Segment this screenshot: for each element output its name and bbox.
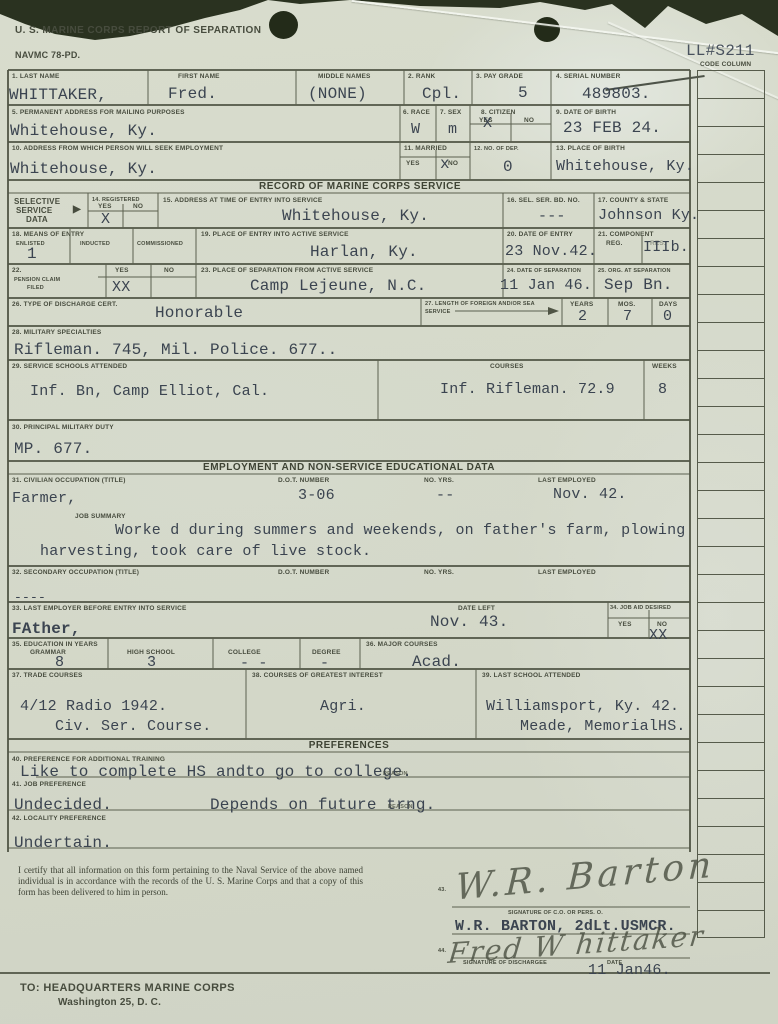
code-column [697, 70, 765, 938]
certification-text: I certify that all information on this f… [18, 865, 363, 898]
perm-address-label: 5. PERMANENT ADDRESS FOR MAILING PURPOSE… [12, 109, 185, 116]
selective-line3: DATA [26, 215, 48, 224]
specialties-value: Rifleman. 745, Mil. Police. 677.. [14, 341, 337, 359]
foreign-years-value: 2 [578, 308, 587, 325]
section-title-employment: EMPLOYMENT AND NON-SERVICE EDUCATIONAL D… [203, 462, 495, 473]
registered-no-label: NO [133, 203, 143, 210]
discharge-label: 26. TYPE OF DISCHARGE CERT. [12, 301, 117, 308]
pension-mark: XX [112, 279, 130, 296]
job-pref-label: 41. JOB PREFERENCE [12, 781, 86, 788]
schools-label: 29. SERVICE SCHOOLS ATTENDED [12, 363, 127, 370]
major-courses-value: Acad. [412, 653, 461, 671]
locality-pref-value: Undertain. [14, 834, 112, 852]
occupation2-value: ---- [14, 590, 46, 605]
courses-label: COURSES [490, 363, 524, 370]
last-employed2-label: LAST EMPLOYED [538, 569, 596, 576]
birthplace-label: 13. PLACE OF BIRTH [556, 145, 625, 152]
last-employer-value: FAther, [12, 620, 81, 638]
sep-place-value: Camp Lejeune, N.C. [250, 277, 426, 295]
dot-number-value: 3-06 [298, 487, 335, 504]
selective-line1: SELECTIVE [14, 197, 60, 206]
job-reason-label: REASON [388, 804, 413, 810]
entry-place-label: 19. PLACE OF ENTRY INTO ACTIVE SERVICE [201, 231, 349, 238]
edu-highschool-value: 3 [147, 654, 156, 671]
component-reg-label: REG. [606, 240, 623, 247]
dob-value: 23 FEB 24. [563, 119, 661, 137]
married-mark: x [440, 155, 450, 173]
training-pref-label: 40. PREFERENCE FOR ADDITIONAL TRAINING [12, 756, 165, 763]
emp-address-value: Whitehouse, Ky. [10, 160, 157, 178]
job-summary-line2: harvesting, took care of live stock. [40, 543, 371, 560]
entry-address-value: Whitehouse, Ky. [282, 207, 429, 225]
footer-city: Washington 25, D. C. [58, 997, 161, 1008]
last-name-value: WHITTAKER, [9, 86, 107, 104]
job-summary-line1: Worke d during summers and weekends, on … [115, 522, 686, 539]
section-title-service: RECORD OF MARINE CORPS SERVICE [259, 181, 461, 192]
last-employed-label: LAST EMPLOYED [538, 477, 596, 484]
last-employed-value: Nov. 42. [553, 486, 627, 503]
signature-43-number: 43. [438, 887, 446, 893]
weeks-label: WEEKS [652, 363, 677, 370]
perm-address-value: Whitehouse, Ky. [10, 122, 157, 140]
trade-courses-label: 37. TRADE COURSES [12, 672, 83, 679]
dep-label: 12. NO. OF DEP. [474, 146, 519, 152]
signature-date-value: 11 Jan46. [588, 962, 671, 979]
signature-44-number: 44. [438, 948, 446, 954]
footer-to: TO: HEADQUARTERS MARINE CORPS [20, 982, 235, 994]
means-inducted-label: INDUCTED [80, 241, 110, 247]
emp-address-label: 10. ADDRESS FROM WHICH PERSON WILL SEEK … [12, 145, 223, 152]
sep-org-value: Sep Bn. [604, 276, 673, 294]
citizen-no-label: NO [524, 117, 534, 124]
board-no-value: --- [538, 208, 566, 225]
section-title-preferences: PREFERENCES [309, 740, 390, 751]
component-value: IIIb. [643, 239, 689, 256]
birthplace-value: Whitehouse, Ky. [556, 158, 694, 175]
board-no-label: 16. SEL. SER. BD. NO. [507, 197, 580, 204]
foreign-days-label: DAYS [659, 301, 677, 308]
first-name-value: Fred. [168, 85, 217, 103]
rank-value: Cpl. [422, 85, 461, 103]
last-employer-label: 33. LAST EMPLOYER BEFORE ENTRY INTO SERV… [12, 605, 187, 612]
arrow-right-icon: ▶ [73, 204, 81, 215]
major-courses-label: 36. MAJOR COURSES [366, 641, 438, 648]
serial-label: 4. SERIAL NUMBER [556, 73, 620, 80]
courses-value: Inf. Rifleman. 72.9 [440, 381, 615, 398]
job-aid-label: 34. JOB AID DESIRED [610, 605, 671, 611]
co-signature-label: SIGNATURE OF C.O. OR PERS. O. [508, 910, 603, 916]
training-pref-value: Like to complete HS andto go to college. [20, 763, 412, 781]
registered-mark: X [101, 211, 110, 228]
date-left-value: Nov. 43. [430, 613, 508, 631]
form-number: NAVMC 78-PD. [15, 50, 80, 60]
no-yrs-value: -- [436, 487, 454, 504]
entry-place-value: Harlan, Ky. [310, 243, 418, 261]
first-name-label: FIRST NAME [178, 73, 220, 80]
duty-label: 30. PRINCIPAL MILITARY DUTY [12, 424, 114, 431]
entry-address-label: 15. ADDRESS AT TIME OF ENTRY INTO SERVIC… [163, 197, 322, 204]
training-reason-label: REASON [383, 771, 408, 777]
edu-degree-value: - [320, 655, 329, 672]
selective-line2: SERVICE [16, 206, 52, 215]
county-value: Johnson Ky. [598, 207, 699, 224]
means-mark: 1 [27, 245, 37, 263]
scanned-form-page: CODE COLUMN U. S. MARINE CORPS REPORT OF… [0, 0, 778, 1024]
foreign-days-value: 0 [663, 308, 672, 325]
education-label: 35. EDUCATION IN YEARS [12, 641, 98, 648]
last-school-line2: Meade, MemorialHS. [520, 718, 686, 735]
dot-number-label: D.O.T. NUMBER [278, 477, 329, 484]
rank-label: 2. RANK [408, 73, 435, 80]
component-label: 21. COMPONENT [598, 231, 654, 238]
foreign-mos-label: MOS. [618, 301, 635, 308]
registered-yes-label: YES [98, 203, 112, 210]
middle-names-label: MIDDLE NAMES [318, 73, 371, 80]
trade-courses-line1: 4/12 Radio 1942. [20, 698, 167, 715]
sep-org-label: 25. ORG. AT SEPARATION [598, 268, 671, 274]
pension-label-1: PENSION CLAIM [14, 277, 60, 283]
means-commissioned-label: COMMISSIONED [137, 241, 183, 247]
job-aid-yes-label: YES [618, 621, 632, 628]
occupation-value: Farmer, [12, 490, 76, 507]
entry-date-label: 20. DATE OF ENTRY [507, 231, 573, 238]
dob-label: 9. DATE OF BIRTH [556, 109, 616, 116]
discharge-value: Honorable [155, 304, 243, 322]
race-label: 6. RACE [403, 109, 430, 116]
last-school-label: 39. LAST SCHOOL ATTENDED [482, 672, 581, 679]
county-label: 17. COUNTY & STATE [598, 197, 668, 204]
pay-grade-value: 5 [518, 84, 528, 102]
foreign-label-1: 27. LENGTH OF FOREIGN AND/OR SEA [425, 301, 535, 307]
sex-label: 7. SEX [440, 109, 461, 116]
sep-date-value: 11 Jan 46. [500, 277, 592, 294]
last-school-line1: Williamsport, Ky. 42. [486, 698, 679, 715]
means-label: 18. MEANS OF ENTRY [12, 231, 84, 238]
sex-value: m [448, 121, 457, 138]
interest-value: Agri. [320, 698, 366, 715]
specialties-label: 28. MILITARY SPECIALTIES [12, 329, 101, 336]
no-yrs-label: NO. YRS. [424, 477, 454, 484]
foreign-label-2: SERVICE [425, 309, 450, 315]
page-title: U. S. MARINE CORPS REPORT OF SEPARATION [15, 25, 261, 36]
dep-value: 0 [503, 158, 513, 176]
pension-number: 22. [12, 267, 22, 274]
race-value: W [411, 121, 420, 138]
stamp-code: LL#S211 [686, 42, 755, 60]
job-pref-value: Undecided. [14, 796, 112, 814]
edu-college-value: - - [240, 655, 268, 672]
occupation2-label: 32. SECONDARY OCCUPATION (TITLE) [12, 569, 139, 576]
occupation-label: 31. CIVILIAN OCCUPATION (TITLE) [12, 477, 126, 484]
dot-number2-label: D.O.T. NUMBER [278, 569, 329, 576]
sep-place-label: 23. PLACE OF SEPARATION FROM ACTIVE SERV… [201, 267, 373, 274]
schools-value: Inf. Bn, Camp Elliot, Cal. [30, 383, 269, 400]
serial-value: 489803. [582, 85, 651, 103]
pension-yes-label: YES [115, 267, 129, 274]
married-yes-label: YES [406, 160, 420, 167]
trade-courses-line2: Civ. Ser. Course. [55, 718, 211, 735]
edu-grammar-value: 8 [55, 654, 64, 671]
foreign-mos-value: 7 [623, 308, 632, 325]
pension-label-2: FILED [27, 285, 44, 291]
weeks-value: 8 [658, 381, 667, 398]
job-aid-mark: XX [649, 627, 667, 644]
interest-label: 38. COURSES OF GREATEST INTEREST [252, 672, 383, 679]
locality-pref-label: 42. LOCALITY PREFERENCE [12, 815, 106, 822]
duty-value: MP. 677. [14, 440, 92, 458]
foreign-years-label: YEARS [570, 301, 593, 308]
no-yrs2-label: NO. YRS. [424, 569, 454, 576]
married-label: 11. MARRIED [404, 145, 447, 152]
citizen-mark: X [483, 115, 492, 132]
sep-date-label: 24. DATE OF SEPARATION [507, 268, 581, 274]
discharge-signature-label: SIGNATURE OF DISCHARGEE [463, 960, 547, 966]
middle-names-value: (NONE) [308, 85, 367, 103]
code-column-label: CODE COLUMN [700, 61, 751, 68]
date-left-label: DATE LEFT [458, 605, 495, 612]
job-summary-label: JOB SUMMARY [75, 513, 126, 520]
pension-no-label: NO [164, 267, 174, 274]
last-name-label: 1. LAST NAME [12, 73, 60, 80]
pay-grade-label: 3. PAY GRADE [476, 73, 523, 80]
entry-date-value: 23 Nov.42. [505, 243, 597, 260]
